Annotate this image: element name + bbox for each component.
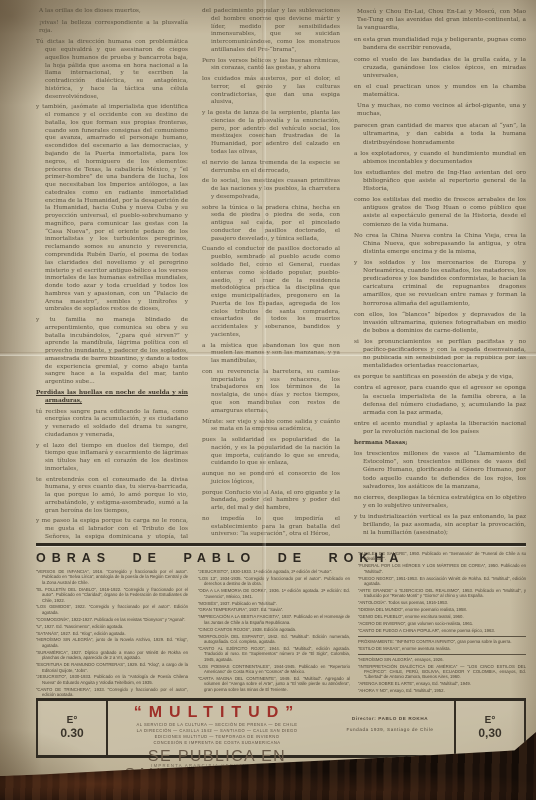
work-entry: “IDIOMA DEL MUNDO”, enorme poemario real… (358, 607, 526, 612)
works-column-3: “FUSILES DE SANGRE”, 1950. Publicado en … (350, 548, 526, 696)
work-entry: “ESTILO DE MASAS”, enorme aventura reali… (358, 646, 526, 651)
masthead-sub-lines: AL SERVICIO DE LA CULTURA — SECCIÓN DE P… (108, 722, 326, 747)
work-entry: “AHORA Y NO”, ensayo, Ed. “Multitud”, 19… (358, 688, 526, 693)
poem-verse: contra el agresor, para cuando que el ag… (354, 384, 526, 416)
work-entry: “HEROÍSMO SIN ALEGRÍA”, ensayos, 1926. (358, 654, 526, 662)
masthead-center: “MULTITUD” AL SERVICIO DE LA CULTURA — S… (108, 701, 326, 755)
poem-verse: sobre la túnica o la pradera china, hech… (202, 205, 340, 244)
work-entry: “ACERO DE INVIERNO”, gran volumen socio-… (358, 621, 526, 626)
poem-verse: tú recibes sangre para edificando la fam… (36, 409, 188, 440)
poem-verse: A las orillas de los dioses muertos, (36, 8, 188, 16)
director-block: Director: PABLO DE ROKHA Fundada 1939, S… (326, 701, 454, 755)
masthead-banner: E° 0.30 “MULTITUD” AL SERVICIO DE LA CUL… (36, 698, 526, 758)
price-box-right: E° 0,30 (454, 701, 526, 755)
section-divider-rule (36, 543, 526, 546)
work-entry: “LOS POEMAS CONTINENTALES”, 1944-1945. P… (198, 664, 350, 675)
poem-verse: Tú dictas la dirección humana con proble… (36, 39, 188, 101)
work-entry: “LOS 13”, 1934-1935. “Corregido y fracci… (198, 576, 350, 587)
work-entry: “LOS GEMIDOS”, 1922. “Corregido y fracci… (36, 604, 188, 615)
work-entry: “ESCRITURA DE RAIMUNDO CONTRERAS”, 1929.… (36, 662, 188, 673)
poem-verse: no cierres, despliegas la técnica estrat… (354, 494, 526, 510)
works-column-2: “JESUCRISTO”, 1930-1933. 1ª edición agot… (198, 569, 350, 696)
poem-verse: y me paseo la espiga porque tu carga no … (36, 518, 188, 540)
work-entry: “U”, 1927. Ed. “Nascimento”, edición ago… (36, 624, 188, 629)
page-content: A las orillas de los dioses muertos,¡viv… (36, 8, 526, 768)
price-box-left: E° 0.30 (36, 701, 108, 755)
poem-section: A las orillas de los dioses muertos,¡viv… (36, 8, 526, 540)
poem-verse: parecen gran cantidad de mares que ataca… (354, 122, 526, 146)
poem-verse: y el lazo del tiempo en duelos del tiemp… (36, 443, 188, 474)
work-entry: “JESUCRISTO”, 1930-1933. Publicado en la… (36, 674, 188, 685)
founded-line: Fundada 1939, Santiago de Chile (326, 724, 454, 735)
newspaper-page: A las orillas de los dioses muertos,¡viv… (0, 0, 536, 800)
poem-verse: si los pronunciamientos se perfilan paci… (354, 338, 526, 370)
poem-verse: los trescientos millones de vasos al “Ll… (354, 450, 526, 491)
masthead-sub-line: CONCESIÓN E IMPRENTA DE COSTA SUDAMERICA… (108, 740, 326, 746)
director-name: Director: PABLO DE ROKHA (326, 713, 454, 724)
poem-verse: con su reverencia la barretera, su camis… (202, 369, 340, 416)
work-entry: “VERSOS DE INFANCIA”, 1916. “Corregido y… (36, 569, 188, 585)
work-entry: “HEROÍSMO SIN ALEGRÍA”, junto de la Nove… (36, 637, 188, 648)
work-entry: “FUSILES DE SANGRE”, 1950. Publicado en … (358, 551, 526, 562)
poem-verse: Perdidas las huellas en noche de suelda … (36, 390, 188, 406)
poem-verse: y también, ¡asómate al imperialista que … (36, 104, 188, 314)
price-value: 0,30 (478, 726, 501, 740)
work-entry: “CINCO CANTOS ROJOS”, 1938. Edición agot… (198, 627, 350, 632)
poem-verse: porque Confucio vio al Asia, el oro giga… (202, 490, 340, 513)
work-entry: “JESUCRISTO”, 1930-1933. 1ª edición agot… (198, 569, 350, 574)
masthead-sub-line: AL SERVICIO DE LA CULTURA — SECCIÓN DE P… (108, 722, 326, 728)
masthead-sub-line: LA DIRECCIÓN — CASILLA 1542 — SANTIAGO —… (108, 728, 326, 734)
work-entry: “CANTO DE TRINCHERA”, 1933. “Corregido y… (36, 687, 188, 696)
poem-verse: no impedía lo que impediría el estableci… (202, 516, 340, 539)
work-entry: “CANTO DE FUEGO A CHINA POPULAR”, enorme… (358, 628, 526, 633)
works-column-1: “VERSOS DE INFANCIA”, 1916. “Corregido y… (36, 569, 188, 696)
work-entry: “CANTO AL EJÉRCITO ROJO”, 1944. Ed. “Mul… (198, 646, 350, 662)
poem-verse: Una y muchas, no como vecinos al árbol-g… (354, 102, 526, 118)
work-entry: “SATANÁS”, 1927. Ed. “Klog”, edición ago… (36, 631, 188, 636)
work-entry: “FUNERAL POR LOS HÉROES Y LOS MÁRTIRES D… (358, 563, 526, 574)
poem-verse: el nervio de lanza tremenda de la especi… (202, 160, 340, 176)
work-entry: “CARTA MAGNA DEL CONTINENTE”, 1949. Ed. … (198, 676, 350, 692)
poem-verse: con ellos, los “blancos” bípedos y depra… (354, 311, 526, 335)
magazine-title: “MULTITUD” (108, 704, 326, 722)
work-entry: “GENIO DEL PUEBLO”, enorme escritura tea… (358, 614, 526, 619)
poem-verse: y tu familia no maneja blindado de arrep… (36, 317, 188, 387)
work-entry: “EL FOLLETÍN DEL DIABLO”, 1916-1922. “Co… (36, 587, 188, 603)
poem-verse: Moscú y Chou En-Lai, Chou En-Lai y Moscú… (354, 8, 526, 32)
work-entry: “MOISÉS”, 1937. Publicado en “Multitud”. (198, 601, 350, 606)
work-entry: “GRAN TEMPERATURA”, 1937. Ed. “Savia”. (198, 607, 350, 612)
poem-verse: Cuando el conductor de pasillos doctorad… (202, 246, 340, 339)
poem-verse: como el vuelo de las bandadas de la grul… (354, 56, 526, 80)
poem-verse: a la mística que abandonan los que non m… (202, 343, 340, 366)
poem-verse: los estudiantes del metro de Ing-Hao avi… (354, 169, 526, 193)
poem-verse: los cuidados más austeros, por el dolor,… (202, 76, 340, 107)
poem-verse: de lo social, los mestizajes cuasan prim… (202, 178, 340, 201)
works-left-block: OBRAS DE PABLO DE ROKHA “VERSOS DE INFAN… (36, 548, 350, 696)
poem-verse: hermana Masas; (354, 439, 526, 447)
works-columns: “VERSOS DE INFANCIA”, 1916. “Corregido y… (36, 569, 350, 696)
currency-symbol: E° (67, 716, 78, 726)
poem-verse: entre el acento mundial y aplasta la lib… (354, 420, 526, 436)
work-entry: “INTERPRETACIÓN DIALÉCTICA DE AMÉRICA” —… (358, 664, 526, 680)
poem-verse: Pero los versos bélicos y las buenas rít… (202, 58, 340, 74)
poem-verse: te entretendrás con el consumado de la d… (36, 477, 188, 516)
work-entry: “FUEGO NEGRO”, 1951-1953. En asociación … (358, 576, 526, 587)
work-entry: “MORFOLOGÍA DEL ESPANTO”, 1942. Ed. “Mul… (198, 634, 350, 645)
poem-verse: y la gesta de lanza de la serpiente, pla… (202, 110, 340, 157)
currency-symbol: E° (485, 716, 496, 726)
poem-column-2: del padecimiento popular y las sublevaci… (202, 8, 340, 540)
poem-verse: es porque te santificas en posesión de a… (354, 373, 526, 381)
work-entry: PRÓXIMAMENTE: “INFINITO CONTRA INFINITO”… (358, 636, 526, 644)
poem-verse: No crea la China Nueva contra la China V… (354, 232, 526, 256)
poem-column-1: A las orillas de los dioses muertos,¡viv… (36, 8, 188, 540)
works-section: OBRAS DE PABLO DE ROKHA “VERSOS DE INFAN… (36, 548, 526, 696)
poem-verse: y tu industrialización vertical es la pa… (354, 513, 526, 537)
poem-verse: en esta gran mundialidad roja y beligera… (354, 36, 526, 52)
poem-verse: como los estilistas del medio de frescos… (354, 196, 526, 228)
work-entry: “ARTE GRANDE” o “EJERCICIO DEL REALISMO”… (358, 588, 526, 599)
poem-verse: ¡vivas! la belleza correspondiente a la … (36, 20, 188, 36)
work-entry: “ARENGA SOBRE EL ARTE”, ensayo, Ed. “Mul… (358, 681, 526, 686)
poem-column-3: Moscú y Chou En-Lai, Chou En-Lai y Moscú… (354, 8, 526, 540)
works-section-title: OBRAS DE PABLO DE ROKHA (36, 551, 350, 565)
poem-verse: en el cual practican unos y mundos en la… (354, 83, 526, 99)
work-entry: “ODA A LA MEMORIA DE GORKI”, 1936. 1ª ed… (198, 588, 350, 599)
work-entry: “SURAMÉRICA”, 1927. Díptico grabado a ma… (36, 650, 188, 661)
work-entry: “IMPRECACIÓN A LA BESTIA FASCISTA”, 1937… (198, 614, 350, 625)
work-entry: “ANTOLOGÍA”. Todos sus poemas, 1916-1953… (358, 600, 526, 605)
price-value: 0.30 (60, 726, 83, 740)
poem-verse: y los soldados y los mercenarios de Euro… (354, 259, 526, 308)
poem-verse: a los explotadores, y cuando el hundimie… (354, 150, 526, 166)
poem-verse: Mírate: ser viejo y sabio come salida y … (202, 419, 340, 435)
poem-verse: del padecimiento popular y las sublevaci… (202, 8, 340, 55)
work-entry: “COSMOGONÍA”, 1922-1927. Publicado en la… (36, 617, 188, 622)
poem-verse: aunque no se ponderó el consorcio de los… (202, 471, 340, 487)
poem-verse: pues la solidaridad es popularidad de la… (202, 437, 340, 468)
